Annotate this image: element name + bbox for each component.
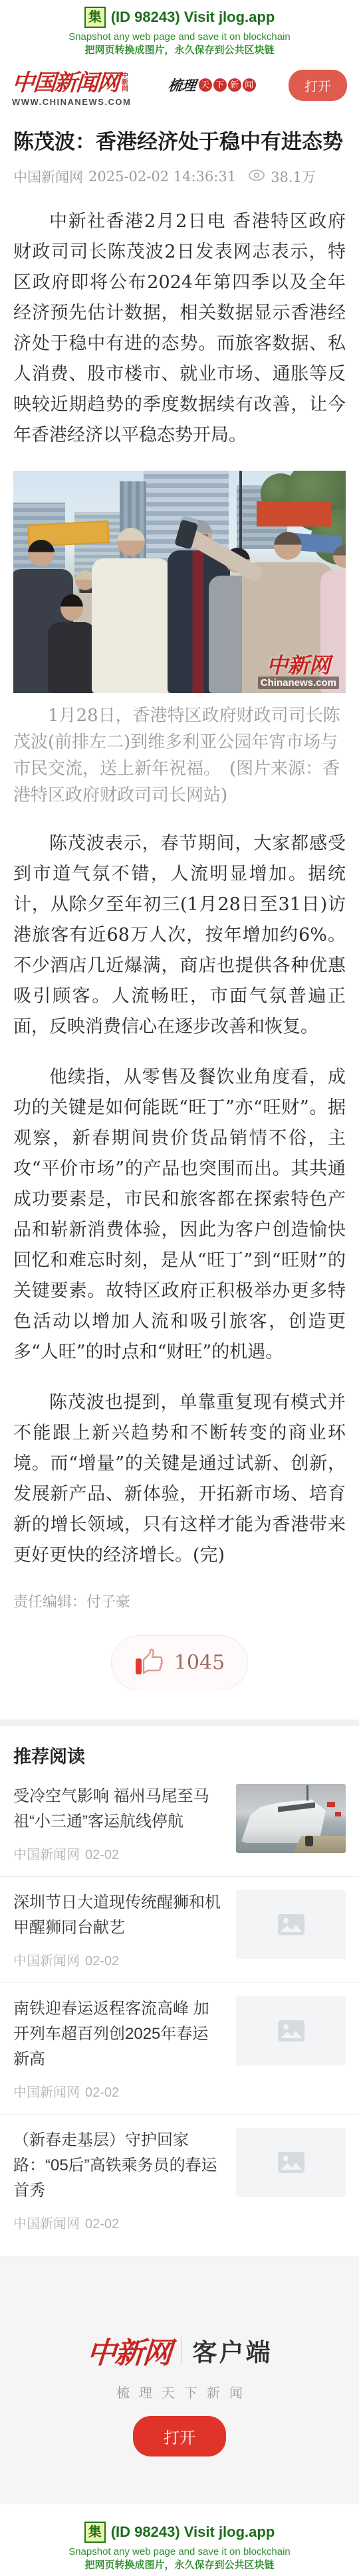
promo-banner-bottom[interactable]: 集 (ID 98243) Visit jlog.app Snapshot any… [0,2504,359,2576]
footer-logo-divider [181,2336,182,2364]
photo-caption: 1月28日，香港特区政府财政司司长陈茂波(前排左二)到维多利亚公园年宵市场与市民… [13,702,346,809]
item-title: （新春走基层）守护回家路：“05后”高铁乘务员的春运首秀 [13,2128,224,2204]
editor-line: 责任编辑：付子豪 [13,1591,346,1611]
list-item[interactable]: 南铁迎春运返程客流高峰 加开列车超百列创2025年春运新高 中国新闻网02-02 [0,1982,359,2114]
photo-red-banner [257,501,331,526]
like-count: 1045 [174,1651,225,1674]
promo-subline-zh: 把网页转换成图片，永久保存到公共区块链 [0,44,359,57]
jlog-icon: 集 [84,2522,106,2543]
open-app-button-footer[interactable]: 打开 [133,2416,226,2456]
slogan-circle: 天 [199,78,212,92]
item-title: 深圳节日大道现传统醒狮和机甲醒狮同台献艺 [13,1890,224,1941]
article-paragraph: 他续指，从零售及餐饮业角度看，成功的关键是如何能既“旺丁”亦“旺财”。据观察，新… [13,1062,346,1368]
footer-brand-calligraphy: 中新网 [85,2329,172,2372]
slogan-badge: 梳理 天 下 新 闻 [168,75,256,95]
item-thumbnail-placeholder [236,2128,346,2197]
section-divider [0,1720,359,1726]
item-meta: 中国新闻网02-02 [13,1950,224,1969]
slogan-circle: 闻 [243,78,256,92]
image-placeholder-icon [277,2151,305,2174]
page-title: 陈茂波：香港经济处于稳中有进态势 [13,128,346,156]
article-source: 中国新闻网 [13,167,83,187]
item-title: 南铁迎春运返程客流高峰 加开列车超百列创2025年春运新高 [13,1996,224,2072]
views-eye-icon [248,169,265,185]
app-footer: 中新网 客户端 梳理天下新闻 打开 [0,2256,359,2504]
item-thumbnail-ship [236,1784,346,1853]
slogan-circle: 新 [228,78,241,92]
list-item[interactable]: 深圳节日大道现传统醒狮和机甲醒狮同台献艺 中国新闻网02-02 [0,1876,359,1982]
item-thumbnail-placeholder [236,1890,346,1959]
promo-headline[interactable]: (ID 98243) Visit jlog.app [111,9,275,26]
item-thumbnail-placeholder [236,1996,346,2065]
article-datetime: 2025-02-02 14:36:31 [88,169,236,185]
list-item[interactable]: （新春走基层）守护回家路：“05后”高铁乘务员的春运首秀 中国新闻网02-02 [0,2114,359,2245]
promo-subline-en: Snapshot any web page and save it on blo… [0,31,359,44]
recommended-section: 推荐阅读 受冷空气影响 福州马尾至马祖“小三通”客运航线停航 中国新闻网02-0… [0,1726,359,2249]
slogan-circle: 下 [213,78,227,92]
footer-client-label: 客户端 [193,2332,273,2368]
photo-watermark: 中新网 Chinanews.com [258,654,339,689]
promo-subline-en: Snapshot any web page and save it on blo… [0,2545,359,2559]
recommended-heading: 推荐阅读 [0,1726,359,1771]
brand-calligraphy: 中国新闻网 [11,72,119,94]
footer-tagline: 梳理天下新闻 [9,2382,359,2401]
promo-headline[interactable]: (ID 98243) Visit jlog.app [111,2524,275,2541]
article-meta: 中国新闻网 2025-02-02 14:36:31 38.1万 [13,167,346,187]
article-paragraph: 中新社香港2月2日电 香港特区政府财政司司长陈茂波2日发表网志表示，特区政府即将… [13,206,346,451]
brand-url: WWW.CHINANEWS.COM [12,97,131,107]
open-app-button-header[interactable]: 打开 [289,70,347,101]
footer-logo: 中新网 客户端 [0,2329,359,2372]
slogan-prefix: 梳理 [167,75,197,95]
article: 陈茂波：香港经济处于稳中有进态势 中国新闻网 2025-02-02 14:36:… [0,128,359,1611]
image-placeholder-icon [277,2020,305,2042]
views-count: 38.1万 [271,167,316,187]
list-item[interactable]: 受冷空气影响 福州马尾至马祖“小三通”客运航线停航 中国新闻网02-02 [0,1771,359,1876]
item-meta: 中国新闻网02-02 [13,1844,224,1863]
photo-people [92,528,170,693]
brand-vertical-label: 中新网 [122,73,130,93]
item-meta: 中国新闻网02-02 [13,2081,224,2101]
article-photo: 中新网 Chinanews.com [13,471,346,693]
jlog-icon: 集 [84,7,106,28]
thumbs-up-icon [134,1648,166,1678]
article-paragraph: 陈茂波也提到，单靠重复现有模式并不能跟上新兴趋势和不断转变的商业环境。而“增量”… [13,1388,346,1571]
item-title: 受冷空气影响 福州马尾至马祖“小三通”客运航线停航 [13,1784,224,1834]
promo-banner-top[interactable]: 集 (ID 98243) Visit jlog.app Snapshot any… [0,0,359,64]
site-header: 中国新闻网 中新网 WWW.CHINANEWS.COM 梳理 天 下 新 闻 打… [0,64,359,118]
like-button[interactable]: 1045 [111,1635,248,1690]
item-meta: 中国新闻网02-02 [13,2213,224,2232]
like-section: 1045 [0,1611,359,1720]
image-placeholder-icon [277,1913,305,1936]
article-paragraph: 陈茂波表示，春节期间，大家都感受到市道气氛不错，人流明显增加。据统计，从除夕至年… [13,829,346,1042]
site-logo[interactable]: 中国新闻网 中新网 WWW.CHINANEWS.COM [12,72,131,107]
promo-subline-zh: 把网页转换成图片，永久保存到公共区块链 [0,2559,359,2572]
